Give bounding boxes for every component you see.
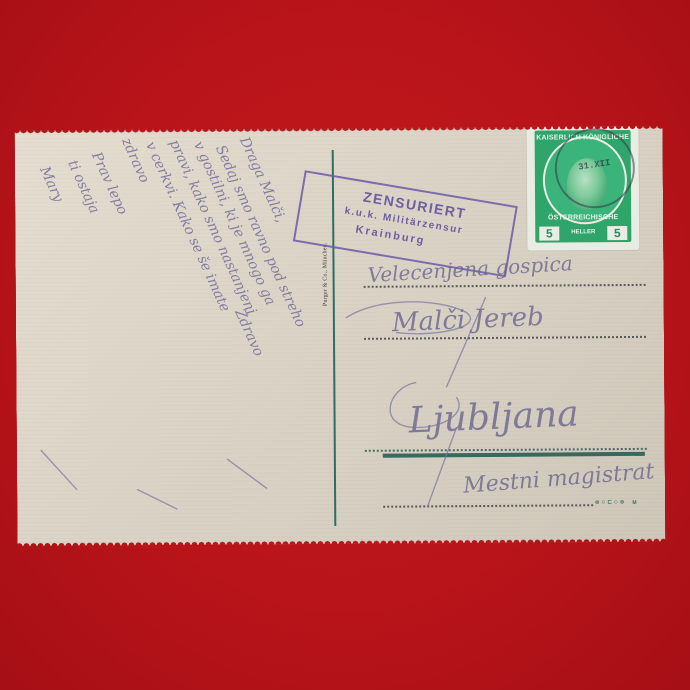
- message-closing: Zdravo: [231, 307, 266, 359]
- stamp-denomination: HELLER: [567, 229, 599, 235]
- publisher-imprint: Purger & Co., München.: [322, 242, 328, 306]
- postmark-date: 31.XII: [556, 155, 633, 176]
- address-line-4: [383, 504, 593, 507]
- stamp-inscription-bottom: ÖSTERREICHISCHE: [535, 214, 631, 222]
- address-name: Malči Jereb: [391, 302, 544, 338]
- stamp-value-right: 5: [607, 226, 627, 240]
- address-underline: [383, 452, 645, 458]
- postcard-back: Purger & Co., München. ⊗○⊏○⊗ ᴍ ZENSURIER…: [15, 126, 666, 547]
- stamp-value-left: 5: [539, 226, 559, 240]
- address-city: Ljubljana: [408, 393, 580, 441]
- printer-mark: ⊗○⊏○⊗ ᴍ: [595, 498, 639, 507]
- message-signature: Mary: [36, 164, 66, 205]
- address-street: Mestni magistrat: [462, 459, 655, 499]
